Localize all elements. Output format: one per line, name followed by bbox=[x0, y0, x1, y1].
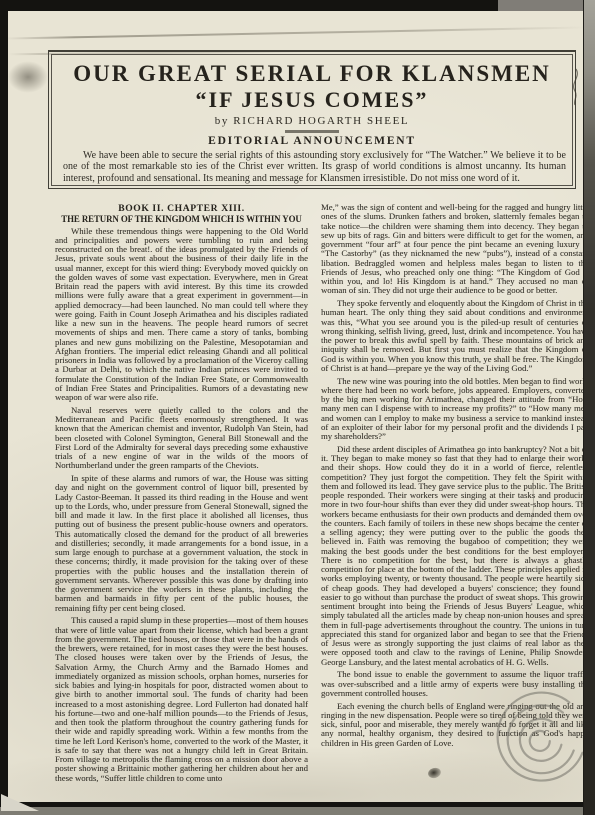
editorial-announcement-heading: EDITORIAL ANNOUNCEMENT bbox=[49, 135, 575, 148]
serial-subtitle: “IF JESUS COMES” bbox=[49, 88, 575, 112]
embossed-seal-icon bbox=[490, 687, 583, 791]
scan-edge-right bbox=[583, 0, 595, 815]
paper-crease bbox=[8, 26, 583, 39]
paragraph: In spite of these alarms and rumors of w… bbox=[55, 474, 308, 613]
pencil-mark-icon bbox=[528, 475, 538, 531]
chapter-heading: BOOK II. CHAPTER XIII. bbox=[55, 203, 308, 214]
page-paper: OUR GREAT SERIAL FOR KLANSMEN “IF JESUS … bbox=[8, 11, 583, 802]
masthead-box: OUR GREAT SERIAL FOR KLANSMEN “IF JESUS … bbox=[48, 50, 576, 189]
scan-edge-top-right bbox=[498, 0, 595, 11]
paragraph: While these tremendous things were happe… bbox=[55, 227, 308, 403]
paragraph: Did these ardent disciples of Arimathea … bbox=[321, 445, 583, 667]
pen-squiggle-icon bbox=[568, 67, 582, 107]
left-column: BOOK II. CHAPTER XIII. THE RETURN OF THE… bbox=[55, 203, 308, 786]
chapter-subheading: THE RETURN OF THE KINGDOM WHICH IS WITHI… bbox=[55, 214, 308, 225]
paragraph: Naval reserves were quietly called to th… bbox=[55, 406, 308, 471]
divider-rule bbox=[285, 130, 339, 133]
paragraph: They spoke fervently and eloquently abou… bbox=[321, 299, 583, 373]
editorial-announcement-text: We have been able to secure the serial r… bbox=[49, 150, 575, 184]
byline: by RICHARD HOGARTH SHEEL bbox=[49, 115, 575, 127]
paragraph: Me,” was the sign of content and well-be… bbox=[321, 203, 583, 296]
paragraph: The new wine was pouring into the old bo… bbox=[321, 377, 583, 442]
serial-title: OUR GREAT SERIAL FOR KLANSMEN bbox=[49, 61, 575, 87]
paragraph: This caused a rapid slump in these prope… bbox=[55, 616, 308, 783]
scanned-magazine-page: { "document": { "masthead": { "title_lin… bbox=[0, 0, 595, 815]
scan-edge-bottom bbox=[0, 807, 595, 815]
